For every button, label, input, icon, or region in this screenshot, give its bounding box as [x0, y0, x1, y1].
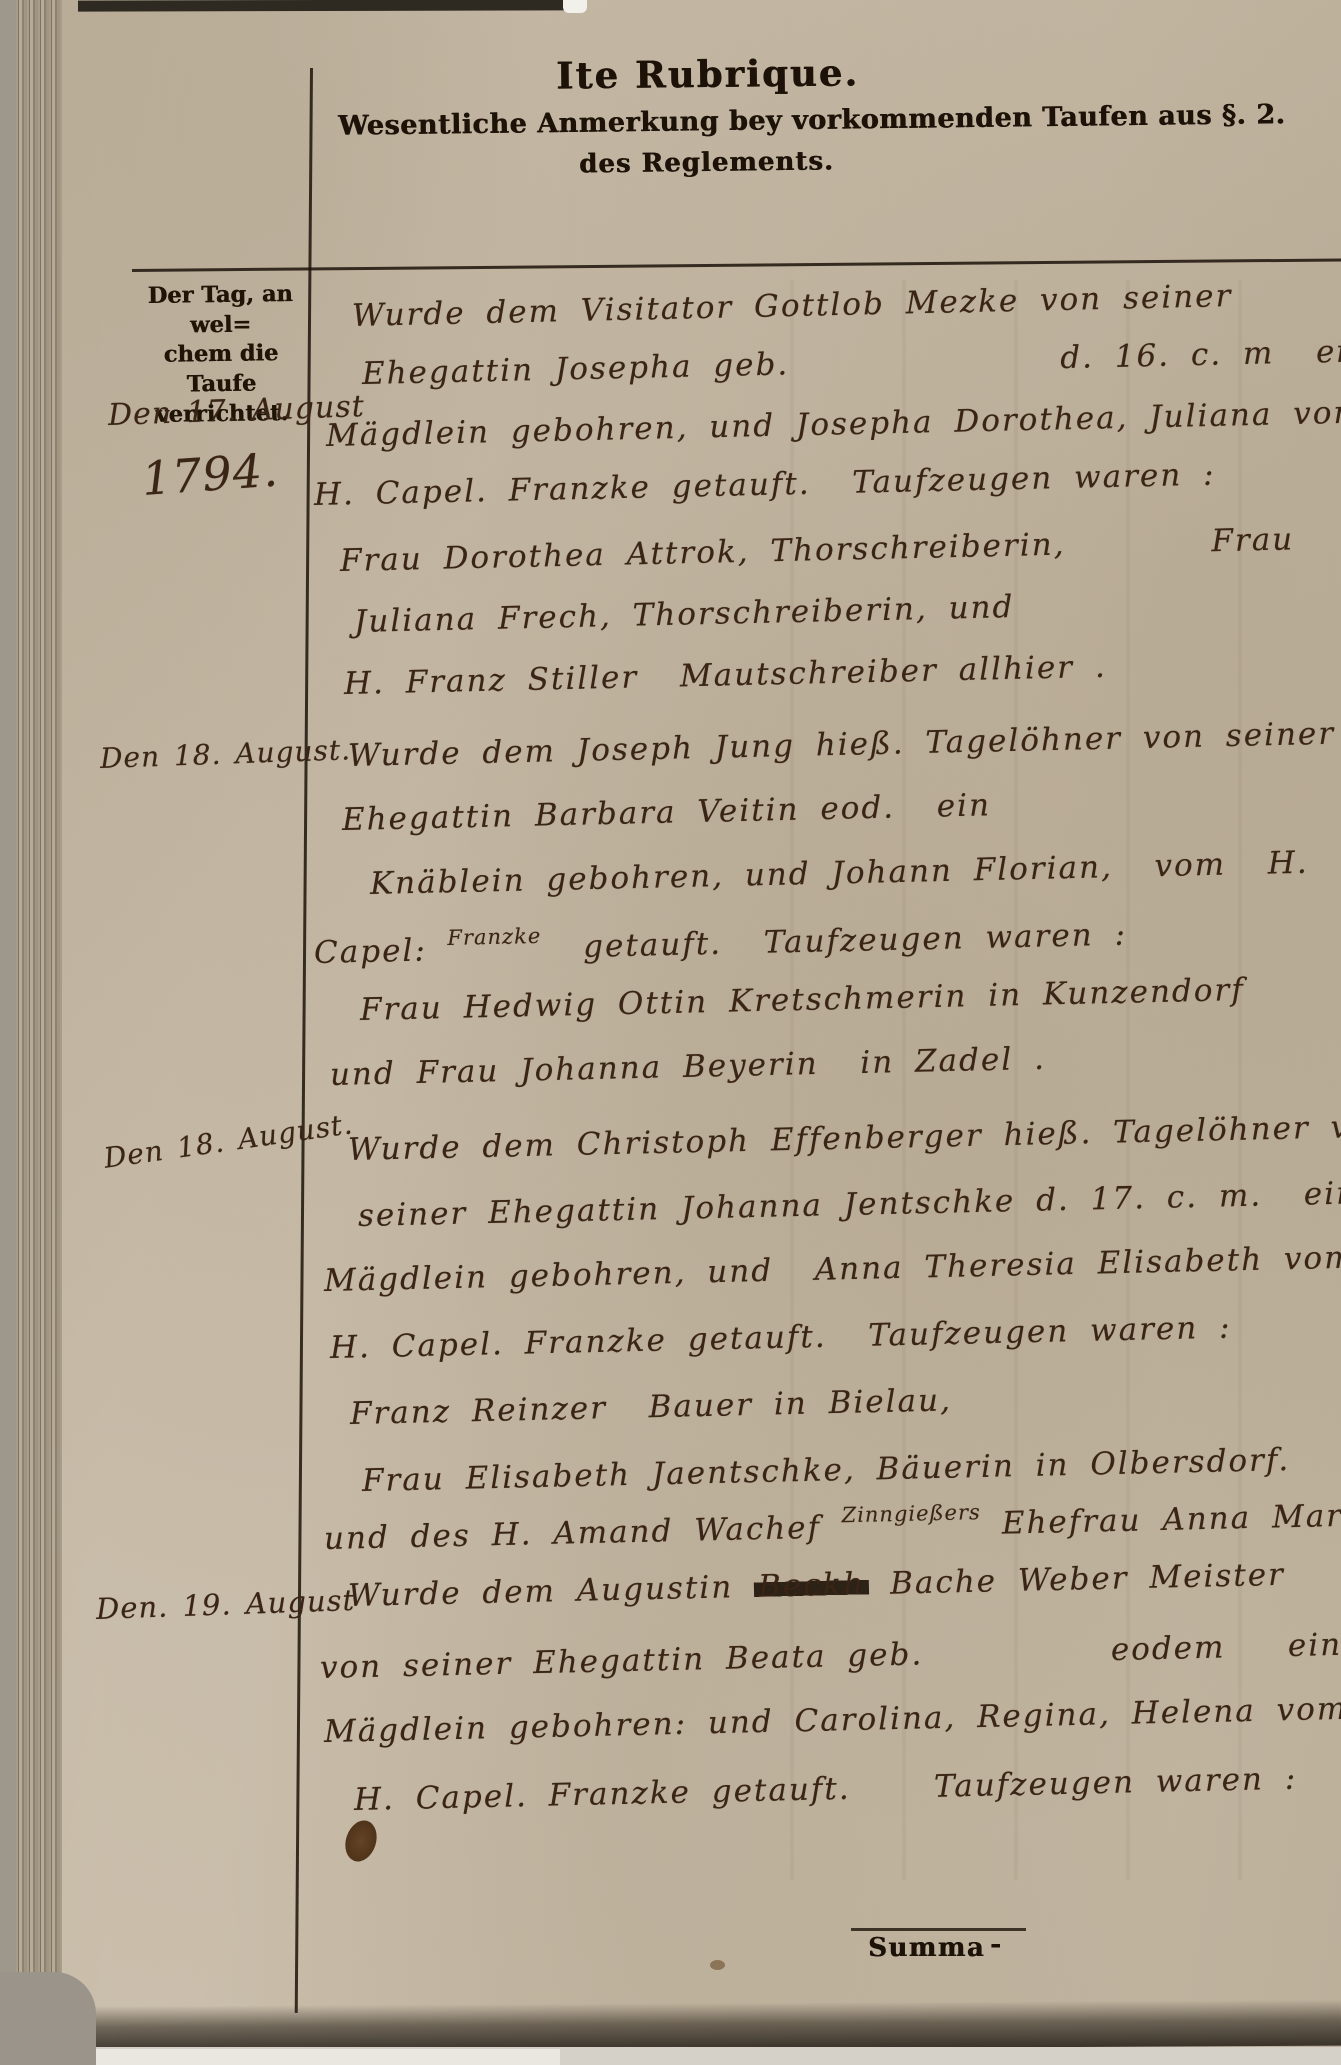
entry-date: Den. 19. August [95, 1583, 355, 1626]
entry-date: 1794. [140, 443, 280, 506]
struck-out-word: Beckh [754, 1566, 870, 1605]
page-bottom-shadow [58, 2000, 1341, 2053]
photo-background-left [0, 0, 16, 2065]
summa-label: Summa [868, 1933, 985, 1963]
header-rule-line [132, 258, 1341, 272]
scanned-register-page: Ite Rubrique. Wesentliche Anmerkung bey … [0, 0, 1341, 2065]
summa-dash: - [990, 1930, 1001, 1960]
photo-bottom-left-corner [0, 1972, 96, 2065]
photo-bottom-strip-bright [95, 2049, 560, 2065]
date-column-header-line: Der Tag, an wel= [129, 280, 312, 342]
page-title: Ite Rubrique. [556, 50, 860, 97]
inserted-word: Zinngießers [841, 1500, 981, 1527]
entry-line-text: Capel: [314, 932, 448, 971]
book-page-edges [16, 0, 64, 2040]
paper-page: Ite Rubrique. Wesentliche Anmerkung bey … [62, 0, 1341, 2048]
photo-top-edge [78, 0, 570, 12]
rubric-subtitle-line2: des Reglements. [579, 146, 834, 179]
entry-date: Den 18. August. [102, 1107, 355, 1175]
entry-date: Den 18. August. [99, 733, 351, 775]
inserted-word: Franzke [447, 924, 541, 950]
ink-blot [340, 1816, 382, 1865]
rubric-subtitle-line1: Wesentliche Anmerkung bey vorkommenden T… [338, 99, 1286, 142]
ink-spot [710, 1960, 725, 1970]
photo-top-speck [563, 0, 587, 13]
